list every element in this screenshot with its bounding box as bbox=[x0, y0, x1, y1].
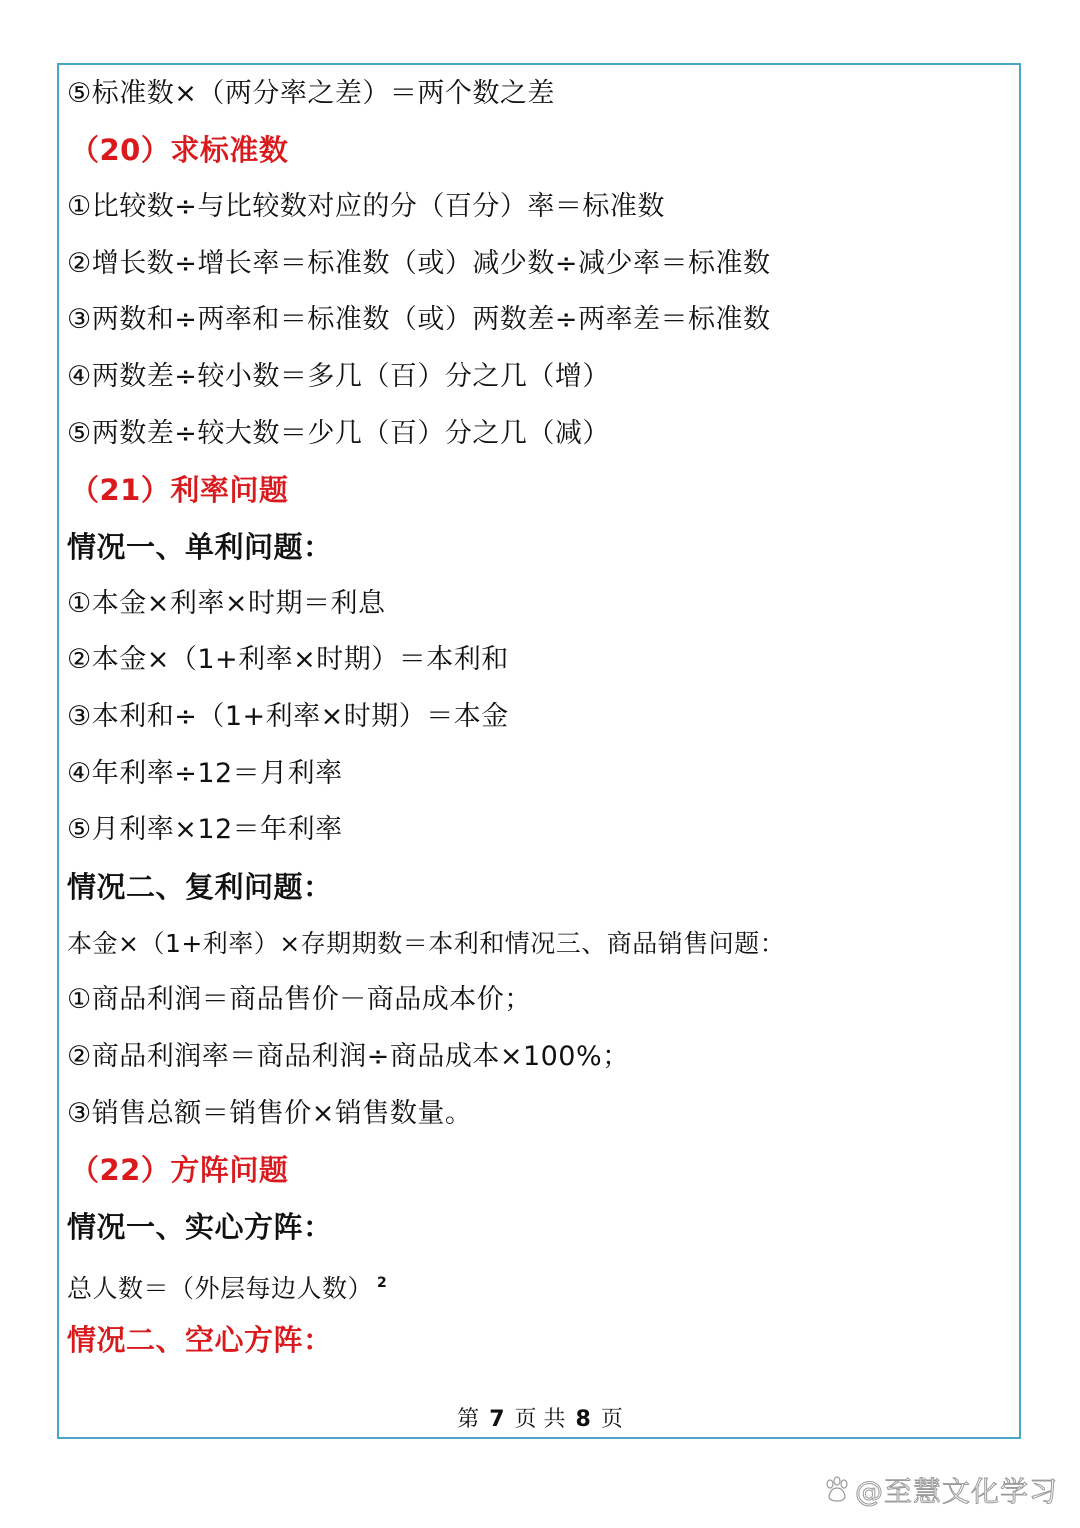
superscript: 2 bbox=[377, 1275, 387, 1291]
case-heading: 情况二、复利问题： bbox=[67, 869, 333, 905]
total-pages: 8 bbox=[576, 1407, 591, 1432]
footer-suffix: 页 bbox=[601, 1407, 623, 1432]
footer-prefix: 第 bbox=[457, 1407, 479, 1432]
formula-line: ⑤两数差÷较大数＝少几（百）分之几（减） bbox=[67, 416, 610, 452]
case-heading-red: 情况二、空心方阵： bbox=[67, 1322, 333, 1358]
section-heading-20: （20）求标准数 bbox=[70, 132, 288, 168]
formula-line: ②本金×（1+利率×时期）＝本利和 bbox=[67, 642, 509, 678]
formula-line: ⑤月利率×12＝年利率 bbox=[67, 812, 343, 848]
formula-line: 总人数＝（外层每边人数）2 bbox=[67, 1265, 387, 1307]
formula-line: ③本利和÷（1+利率×时期）＝本金 bbox=[67, 699, 509, 735]
formula-line: ④两数差÷较小数＝多几（百）分之几（增） bbox=[67, 359, 610, 395]
page-footer: 第7页 共8页 bbox=[0, 1402, 1080, 1433]
section-heading-21: （21）利率问题 bbox=[70, 472, 288, 508]
current-page: 7 bbox=[489, 1407, 504, 1432]
section-heading-22: （22）方阵问题 bbox=[70, 1152, 288, 1188]
case-heading: 情况一、单利问题： bbox=[67, 529, 333, 565]
formula-line: ②商品利润率＝商品利润÷商品成本×100%； bbox=[67, 1039, 630, 1075]
formula-line: ⑤标准数×（两分率之差）＝两个数之差 bbox=[67, 76, 555, 112]
formula-line: ②增长数÷增长率＝标准数（或）减少数÷减少率＝标准数 bbox=[67, 246, 770, 282]
formula-line: ①商品利润＝商品售价－商品成本价； bbox=[67, 982, 532, 1018]
watermark-text: @至慧文化学习 bbox=[855, 1470, 1058, 1510]
formula-line: ③销售总额＝销售价×销售数量。 bbox=[67, 1096, 472, 1132]
formula-line: ④年利率÷12＝月利率 bbox=[67, 756, 343, 792]
formula-line: ①比较数÷与比较数对应的分（百分）率＝标准数 bbox=[67, 189, 665, 225]
formula-text: 总人数＝（外层每边人数） bbox=[67, 1274, 373, 1303]
footer-middle: 页 共 bbox=[515, 1407, 566, 1432]
baidu-paw-icon bbox=[823, 1476, 851, 1504]
formula-line: 本金×（1+利率）×存期期数＝本利和情况三、商品销售问题： bbox=[67, 926, 785, 962]
watermark: @至慧文化学习 bbox=[823, 1470, 1058, 1510]
case-heading: 情况一、实心方阵： bbox=[67, 1209, 333, 1245]
formula-line: ③两数和÷两率和＝标准数（或）两数差÷两率差＝标准数 bbox=[67, 302, 770, 338]
formula-line: ①本金×利率×时期＝利息 bbox=[67, 586, 385, 622]
